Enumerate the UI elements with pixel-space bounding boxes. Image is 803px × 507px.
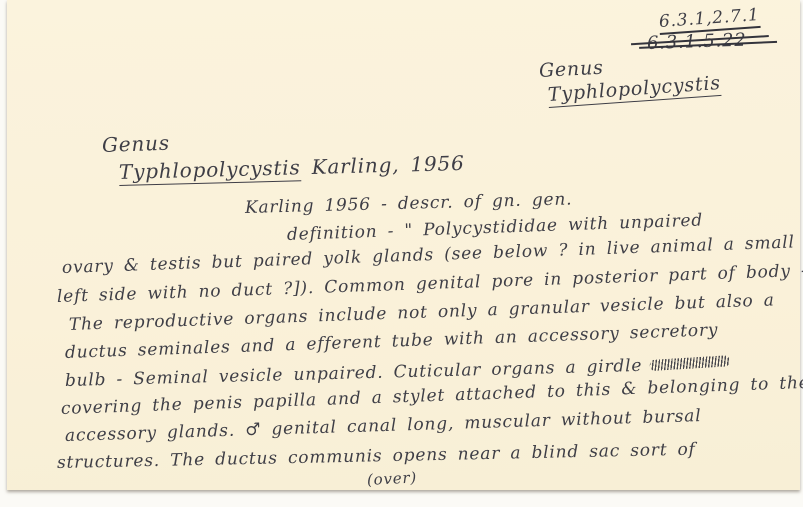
index-card: 6.3.1,2.7.1 6.3.1.5.22 Genus Typhlopolyc… xyxy=(7,0,800,490)
heading-genus-name: Typhlopolycystis xyxy=(119,155,301,186)
heading-authority: Karling, 1956 xyxy=(311,151,464,179)
over-note: (over) xyxy=(367,468,418,489)
catalog-number-struck: 6.3.1.5.22 xyxy=(647,30,747,54)
heading-genus-line: Typhlopolycystis Karling, 1956 xyxy=(119,151,465,184)
scanned-index-card-page: { "catalog": { "current_number": "6.3.1,… xyxy=(0,0,803,507)
reference-line: Karling 1956 - descr. of gn. gen. xyxy=(245,189,573,218)
catalog-number-current: 6.3.1,2.7.1 xyxy=(658,5,760,32)
scribbled-out-word xyxy=(650,355,731,371)
catalog-number-struck-text: 6.3.1.5.22 xyxy=(647,30,747,54)
body-line-structures: structures. The ductus communis opens ne… xyxy=(57,440,696,473)
corner-genus-label: Genus xyxy=(538,57,604,82)
heading-genus-label: Genus xyxy=(102,131,171,157)
